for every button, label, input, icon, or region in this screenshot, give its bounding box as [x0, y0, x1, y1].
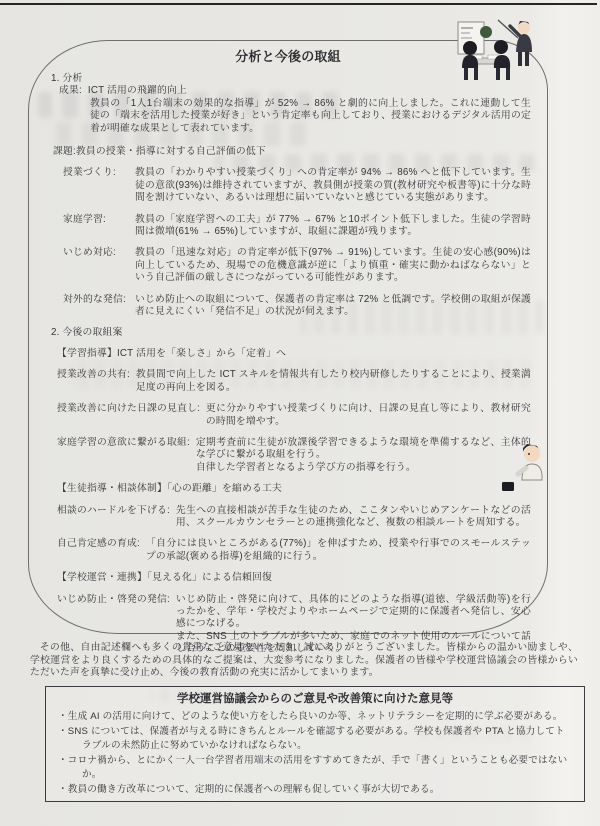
classroom-illustration: [448, 12, 540, 96]
closing-paragraph: その他、自由記述欄へも多くの貴重なご意見をいただき、誠にありがとうございました。…: [30, 642, 578, 680]
plan-item-text: 教員間で向上した ICT スキルを情報共有したり校内研修したりすることにより、授…: [136, 369, 531, 394]
analysis-item-label: いじめ対応:: [63, 247, 135, 284]
plan-item-text: 先生への直接相談が苦手な生徒のため、ここタンやいじめアンケートなどの活用、スクー…: [176, 505, 531, 530]
analysis-item: いじめ対応: 教員の「迅速な対応」の肯定率が低下(97% → 91%)しています…: [63, 247, 531, 284]
plan-item: 相談のハードルを下げる: 先生への直接相談が苦手な生徒のため、ここタンやいじめア…: [57, 505, 531, 530]
plan-item: 家庭学習の意欲に繋がる取組: 定期考査前に生徒が放課後学習できるような環境を準備…: [57, 437, 531, 474]
plan-item: 自己肯定感の育成: 「自分には良いところがある(77%)」を伸ばすため、授業や行…: [57, 538, 531, 563]
plan-item-label: 授業改善の共有:: [57, 369, 130, 394]
plan-group-learning: 【学習指導】ICT 活用を「楽しさ」から「定着」へ 授業改善の共有: 教員間で向…: [57, 348, 531, 474]
analysis-item-text: 教員の「わかりやすい授業づくり」への肯定率が 94% → 86% へと低下してい…: [135, 167, 531, 204]
plan-group-title: 【学校運営・連携】「見える化」による信頼回復: [57, 572, 531, 584]
plan-item: 授業改善の共有: 教員間で向上した ICT スキルを情報共有したり校内研修したり…: [57, 369, 531, 394]
plan-item-label: 家庭学習の意欲に繋がる取組:: [57, 437, 190, 474]
analysis-item: 授業づくり: 教員の「わかりやすい授業づくり」への肯定率が 94% → 86% …: [63, 167, 531, 204]
page-top-rule: [0, 3, 597, 5]
plan-item-text: 定期考査前に生徒が放課後学習できるような環境を準備するなど、主体的な学びに繋がる…: [196, 437, 531, 474]
plan-item-text: 「自分には良いところがある(77%)」を伸ばすため、授業や行事でのスモールステッ…: [146, 538, 531, 563]
analysis-panel: 分析と今後の取組 1. 分析 成果: ICT 活用の飛躍的向上 教員の「1人1台…: [28, 40, 548, 634]
counseling-illustration: [496, 440, 550, 500]
result-label: 成果:: [59, 85, 82, 97]
council-opinion-item: ・コロナ禍から、とにかく一人一台学習者用端末の活用をすすめてきたが、手で「書く」…: [58, 754, 572, 783]
plan-item-label: 自己肯定感の育成:: [57, 538, 140, 563]
result-body: 教員の「1人1台端末の効果的な指導」が 52% → 86% と劇的に向上しました…: [90, 98, 531, 135]
plan-item: 授業改善に向けた日課の見直し: 更に分かりやすい授業づくりに向け、日課の見直し等…: [57, 403, 531, 428]
analysis-item: 家庭学習: 教員の「家庭学習への工夫」が 77% → 67% と10ポイント低下…: [63, 214, 531, 239]
council-feedback-box: 学校運営協議会からのご意見や改善策に向けた意見等 ・生成 AI の活用に向けて、…: [45, 686, 585, 802]
result-title: ICT 活用の飛躍的向上: [88, 85, 187, 97]
plan-item-text: 更に分かりやすい授業づくりに向け、日課の見直し等により、教材研究の時間を増やす。: [206, 403, 531, 428]
plan-item-label: 授業改善に向けた日課の見直し:: [57, 403, 200, 428]
plan-group-title: 【学習指導】ICT 活用を「楽しさ」から「定着」へ: [57, 348, 531, 360]
analysis-item-list: 授業づくり: 教員の「わかりやすい授業づくり」への肯定率が 94% → 86% …: [63, 167, 531, 318]
scanned-newsletter-page: 分析と今後の取組 1. 分析 成果: ICT 活用の飛躍的向上 教員の「1人1台…: [0, 0, 600, 826]
analysis-item-text: いじめ防止への取組について、保護者の肯定率は 72% と低調です。学校側の取組が…: [135, 294, 531, 319]
plan-group-guidance: 【生徒指導・相談体制】「心の距離」を縮める工夫 相談のハードルを下げる: 先生へ…: [57, 483, 531, 563]
plan-item-label: 相談のハードルを下げる:: [57, 505, 170, 530]
analysis-item-text: 教員の「迅速な対応」の肯定率が低下(97% → 91%)しています。生徒の安心感…: [135, 247, 531, 284]
analysis-item-text: 教員の「家庭学習への工夫」が 77% → 67% と10ポイント低下しました。生…: [135, 214, 531, 239]
section2-heading: 2. 今後の取組案: [51, 327, 531, 339]
council-opinion-item: ・教員の働き方改革について、定期的に保護者への理解も促していく事が大切である。: [58, 783, 572, 798]
council-opinion-item: ・SNS については、保護者が与える時にきちんとルールを確認する必要がある。学校…: [58, 725, 572, 754]
analysis-item-label: 授業づくり:: [63, 167, 135, 204]
analysis-item: 対外的な発信: いじめ防止への取組について、保護者の肯定率は 72% と低調です…: [63, 294, 531, 319]
council-box-title: 学校運営協議会からのご意見や改善策に向けた意見等: [58, 692, 572, 707]
issue-line: 課題:教員の授業・指導に対する自己評価の低下: [53, 146, 531, 158]
analysis-item-label: 家庭学習:: [63, 214, 135, 239]
council-opinion-item: ・生成 AI の活用に向けて、どのような使い方をしたら良いのか等、ネットリテラシ…: [58, 710, 572, 725]
plan-group-title: 【生徒指導・相談体制】「心の距離」を縮める工夫: [57, 483, 531, 495]
analysis-item-label: 対外的な発信:: [63, 294, 135, 319]
